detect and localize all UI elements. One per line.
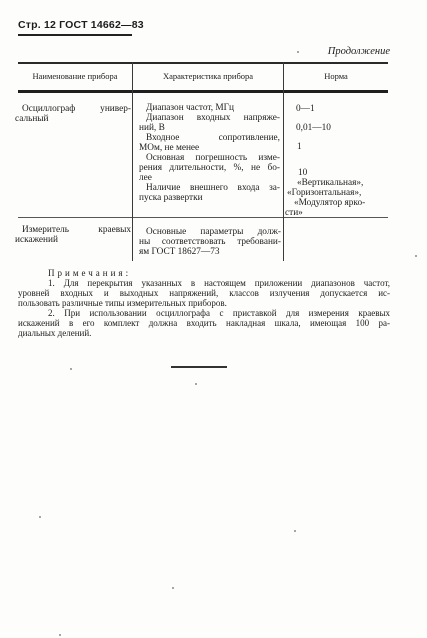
norm-value: «Модулятор ярко-: [285, 198, 387, 208]
text-line: пуска развертки: [139, 193, 280, 203]
section-end-rule: [171, 366, 227, 368]
norm-value: 0—1: [285, 104, 387, 114]
norm-value: сти»: [285, 208, 387, 218]
text-line: рения длительности, %, не бо-: [139, 163, 280, 173]
column-header-characteristic: Характеристика прибора: [133, 71, 283, 81]
table-top-rule: [18, 62, 388, 64]
text-line: Диапазон частот, МГц: [139, 103, 280, 113]
text-line: Входное сопротивление,: [139, 133, 280, 143]
text-line: Наличие внешнего входа за-: [139, 183, 280, 193]
row2-characteristics: Основные параметры долж- ны соответствов…: [139, 227, 281, 257]
row1-instrument-name: Осциллограф универ- сальный: [15, 104, 131, 124]
text-line: ям ГОСТ 18627—73: [139, 247, 281, 257]
scan-speck: [39, 516, 41, 518]
text-line: ний, В: [139, 123, 280, 133]
row1-characteristics: Диапазон частот, МГц Диапазон входных на…: [139, 103, 280, 203]
scan-speck: [297, 51, 299, 53]
note-line: 1. Для перекрытия указанных в настоящем …: [18, 278, 390, 288]
norm-value: 10: [285, 168, 387, 178]
scan-speck: [70, 368, 72, 370]
text-line: сальный: [15, 114, 131, 124]
continuation-label: Продолжение: [290, 46, 390, 57]
scan-speck: [59, 634, 61, 636]
scan-speck: [172, 587, 174, 589]
table-column-divider-2: [283, 62, 284, 261]
scan-speck: [294, 530, 296, 532]
norm-value: 0,01—10: [285, 123, 387, 133]
text-line: Осциллограф универ-: [15, 104, 131, 114]
text-line: Измеритель краевых: [15, 225, 131, 235]
note-line: искажений в его комплект должна входить …: [18, 318, 390, 328]
text-line: Основная погрешность изме-: [139, 153, 280, 163]
text-line: Основные параметры долж-: [139, 227, 281, 237]
norm-value: «Вертикальная»,: [285, 178, 387, 188]
notes-block: Примечания: 1. Для перекрытия указанных …: [18, 268, 390, 338]
norm-value: «Горизонтальная»,: [285, 188, 387, 198]
row2-instrument-name: Измеритель краевых искажений: [15, 225, 131, 245]
norm-value: 1: [285, 142, 387, 152]
page-running-header: Стр. 12 ГОСТ 14662—83: [18, 19, 132, 36]
row1-norms: 0—1 0,01—10 1 10 «Вертикальная», «Горизо…: [285, 104, 387, 218]
note-line: диальных делений.: [18, 328, 390, 338]
scan-speck: [195, 383, 197, 385]
table-header-rule: [18, 90, 388, 93]
scan-speck: [415, 255, 417, 257]
note-line: пользовать различные типы измерительных …: [18, 298, 390, 308]
text-line: лее: [139, 173, 280, 183]
text-line: искажений: [15, 235, 131, 245]
note-line: 2. При использовании осциллографа с прис…: [18, 308, 390, 318]
column-header-name: Наименование прибора: [18, 71, 132, 81]
text-line: Диапазон входных напряже-: [139, 113, 280, 123]
text-line: ны соответствовать требовани-: [139, 237, 281, 247]
document-page: Стр. 12 ГОСТ 14662—83 Продолжение Наимен…: [0, 0, 427, 638]
notes-title: Примечания:: [18, 268, 390, 278]
table-column-divider-1: [132, 62, 133, 261]
text-line: МОм, не менее: [139, 143, 280, 153]
note-line: уровней входных и выходных напряжений, к…: [18, 288, 390, 298]
column-header-norm: Норма: [284, 71, 388, 81]
